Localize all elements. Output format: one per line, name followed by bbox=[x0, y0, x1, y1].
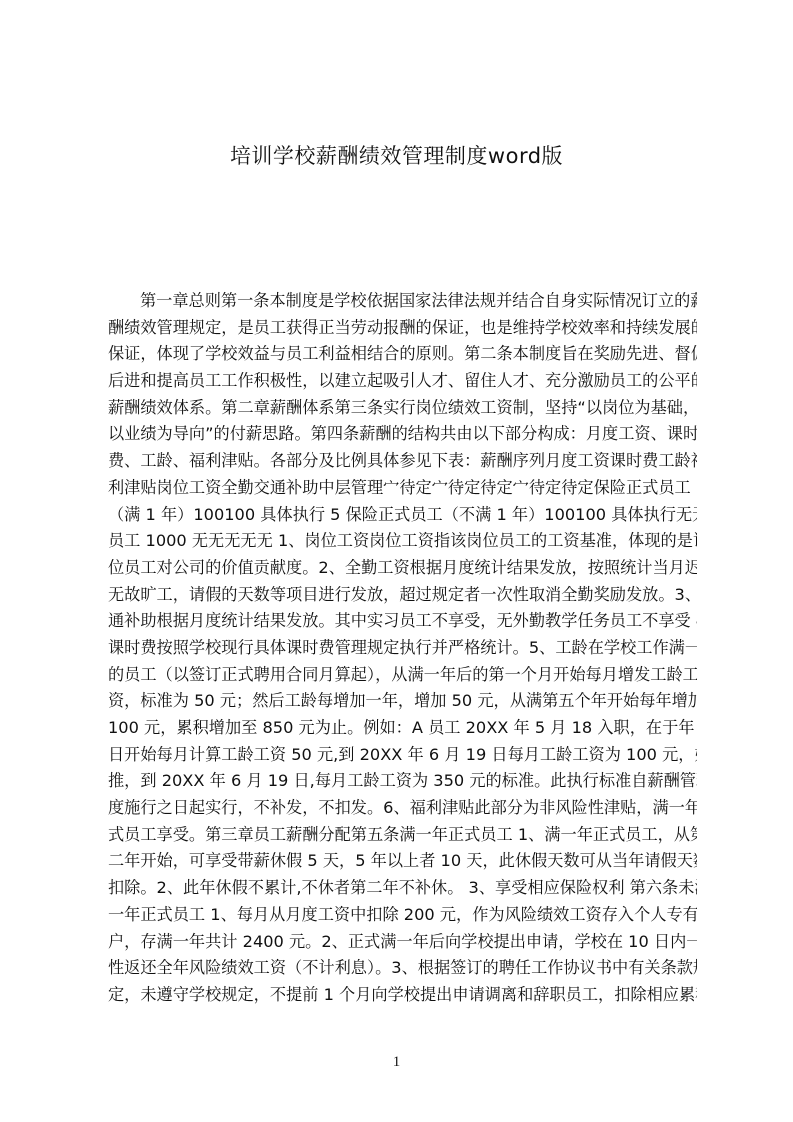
body-line: 性返还全年风险绩效工资（不计利息）。3、根据签订的聘任工作协议书中有关条款规 bbox=[108, 955, 697, 982]
body-line: 以业绩为导向”的付薪思路。第四条薪酬的结构共由以下部分构成：月度工资、课时 bbox=[108, 421, 697, 448]
body-line: 保证，体现了学校效益与员工利益相结合的原则。第二条本制度旨在奖励先进、督促 bbox=[108, 341, 697, 368]
body-line: 扣除。2、此年休假不累计,不休者第二年不补休。 3、享受相应保险权利 第六条未满 bbox=[108, 875, 697, 902]
body-line: 定，未遵守学校规定，不提前 1 个月向学校提出申请调离和辞职员工，扣除相应累积 bbox=[108, 982, 697, 1009]
body-line: 100 元，累积增加至 850 元为止。例如：A 员工 20XX 年 5 月 1… bbox=[108, 715, 697, 742]
body-line: 二年开始，可享受带薪休假 5 天，5 年以上者 10 天，此休假天数可从当年请假… bbox=[108, 848, 697, 875]
body-line: 户，存满一年共计 2400 元。2、正式满一年后向学校提出申请，学校在 10 日… bbox=[108, 929, 697, 956]
body-line: 一年正式员工 1、每月从月度工资中扣除 200 元，作为风险绩效工资存入个人专有… bbox=[108, 902, 697, 929]
body-line: 无故旷工，请假的天数等项目进行发放，超过规定者一次性取消全勤奖励发放。3、交 bbox=[108, 582, 697, 609]
document-title: 培训学校薪酬绩效管理制度word版 bbox=[0, 141, 793, 171]
body-line: 资，标准为 50 元；然后工龄每增加一年，增加 50 元，从满第五个年开始每年增… bbox=[108, 688, 697, 715]
document-body: 第一章总则第一条本制度是学校依据国家法律法规并结合自身实际情况订立的薪 酬绩效管… bbox=[108, 288, 697, 1009]
body-line: 利津贴岗位工资全勤交通补助中层管理宀待定宀待定待定宀待定待定保险正式员工 bbox=[108, 475, 697, 502]
body-line: 度施行之日起实行，不补发，不扣发。6、福利津贴此部分为非风险性津贴，满一年正 bbox=[108, 795, 697, 822]
body-line: 的员工（以签订正式聘用合同月算起），从满一年后的第一个月开始每月增发工龄工 bbox=[108, 662, 697, 689]
body-line: 位员工对公司的价值贡献度。2、全勤工资根据月度统计结果发放，按照统计当月迟到 bbox=[108, 555, 697, 582]
body-line: 薪酬绩效体系。第二章薪酬体系第三条实行岗位绩效工资制，坚持“以岗位为基础， bbox=[108, 395, 697, 422]
body-line: 通补助根据月度统计结果发放。其中实习员工不享受，无外勤教学任务员工不享受 4、 bbox=[108, 608, 697, 635]
body-line: 酬绩效管理规定，是员工获得正当劳动报酬的保证，也是维持学校效率和持续发展的 bbox=[108, 315, 697, 342]
document-page: 培训学校薪酬绩效管理制度word版 第一章总则第一条本制度是学校依据国家法律法规… bbox=[0, 0, 793, 1122]
page-number: 1 bbox=[0, 1053, 793, 1071]
body-line: 推，到 20XX 年 6 月 19 日,每月工龄工资为 350 元的标准。此执行… bbox=[108, 768, 697, 795]
body-line: 日开始每月计算工龄工资 50 元,到 20XX 年 6 月 19 日每月工龄工资… bbox=[108, 742, 697, 769]
body-line: （满 1 年）100100 具体执行 5 保险正式员工（不满 1 年）10010… bbox=[108, 502, 697, 529]
body-line: 后进和提高员工工作积极性，以建立起吸引人才、留住人才、充分激励员工的公平的 bbox=[108, 368, 697, 395]
body-line: 课时费按照学校现行具体课时费管理规定执行并严格统计。5、工龄在学校工作满一年 bbox=[108, 635, 697, 662]
body-line: 第一章总则第一条本制度是学校依据国家法律法规并结合自身实际情况订立的薪 bbox=[108, 288, 697, 315]
body-line: 式员工享受。第三章员工薪酬分配第五条满一年正式员工 1、满一年正式员工，从第 bbox=[108, 822, 697, 849]
body-line: 员工 1000 无无无无无 1、岗位工资岗位工资指该岗位员工的工资基准，体现的是… bbox=[108, 528, 697, 555]
body-line: 费、工龄、福利津贴。各部分及比例具体参见下表：薪酬序列月度工资课时费工龄福 bbox=[108, 448, 697, 475]
